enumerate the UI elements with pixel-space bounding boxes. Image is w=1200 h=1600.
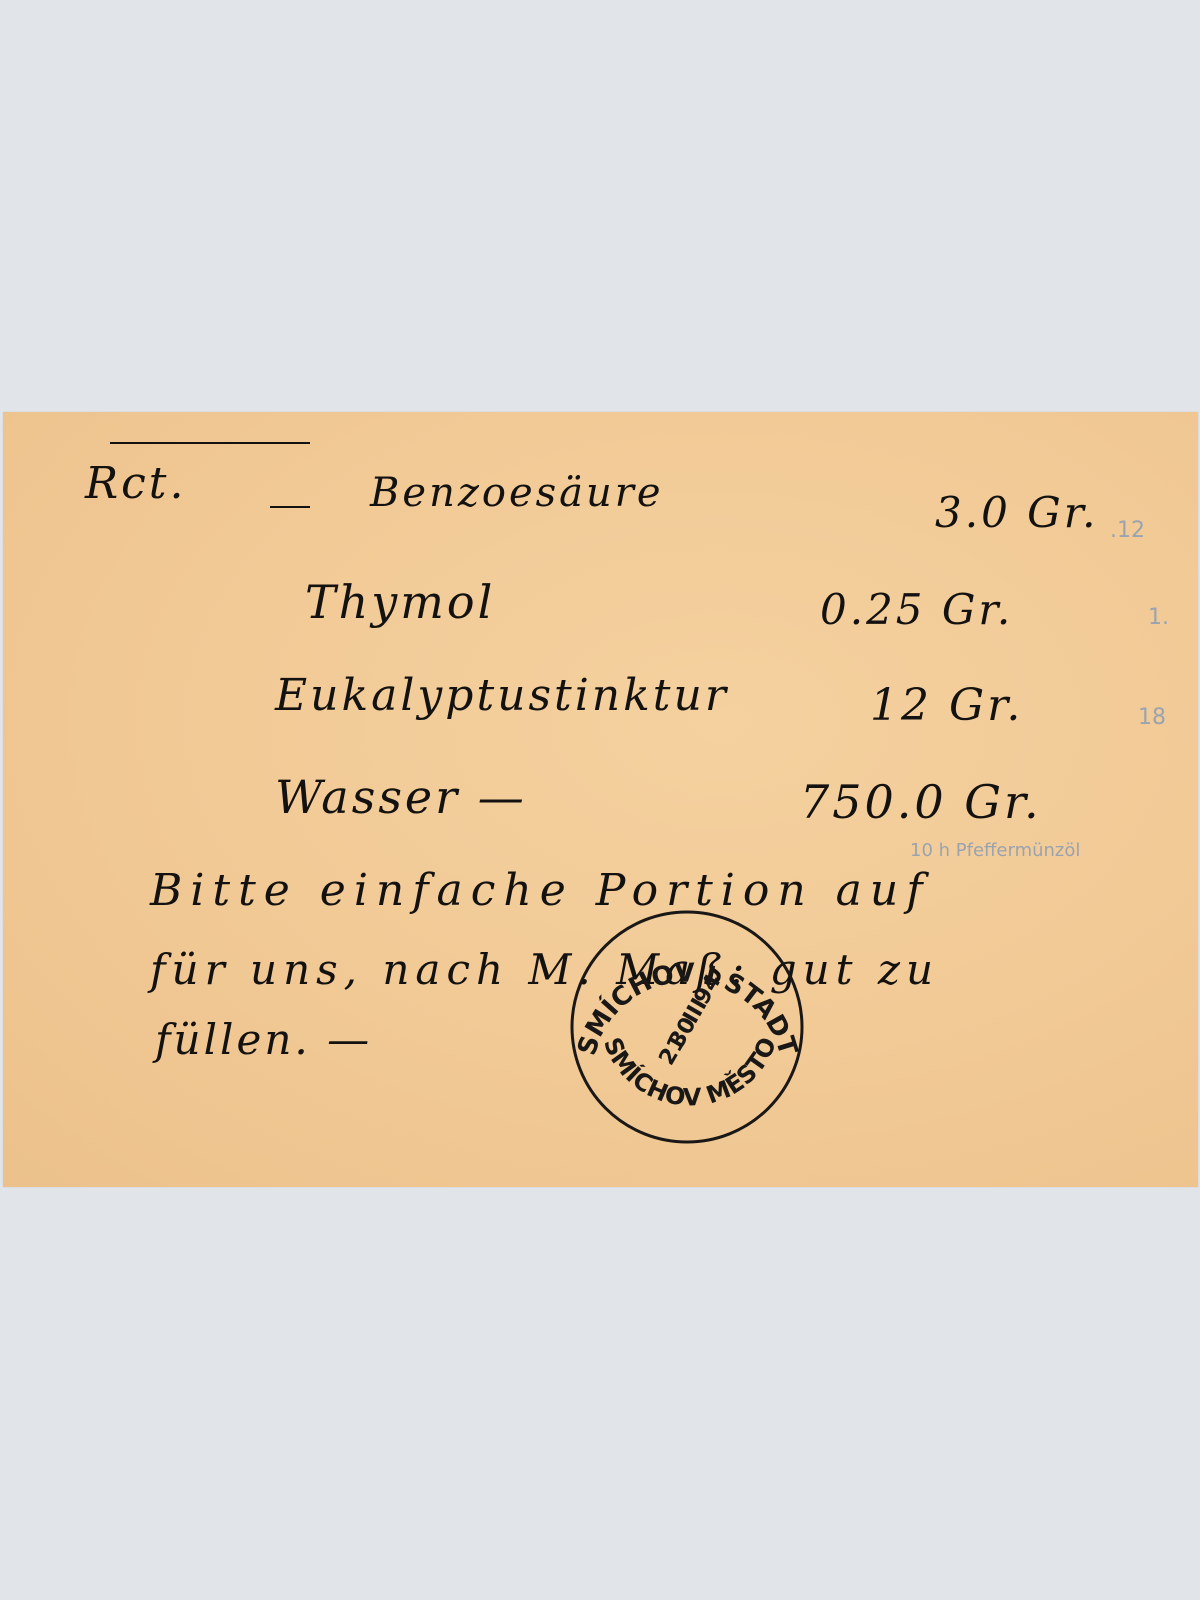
item-amount: 750.0 Gr. <box>800 775 1042 829</box>
recipe-header: Rct. <box>85 458 186 509</box>
item-amount: 12 Gr. <box>870 680 1023 731</box>
pencil-note: .12 <box>1110 518 1145 543</box>
item-amount: 3.0 Gr. <box>935 488 1099 537</box>
closing-line: füllen. — <box>155 1015 372 1064</box>
postmark-circle: SMÍCHOV I STADT SMÍCHOV MĚSTO 21 30 III … <box>565 905 810 1150</box>
closing-line: für uns, nach M. Maß: gut zu <box>150 945 939 994</box>
item-name: Thymol <box>305 575 495 629</box>
item-name: Eukalyptustinktur <box>275 670 729 721</box>
closing-line: Bitte einfache Portion auf <box>150 865 931 916</box>
item-name: Benzoesäure <box>370 470 664 516</box>
pencil-note: 18 <box>1138 705 1166 730</box>
header-dash <box>270 506 310 508</box>
item-amount: 0.25 Gr. <box>820 585 1013 634</box>
postmark-stamp: SMÍCHOV I STADT SMÍCHOV MĚSTO 21 30 III … <box>565 905 810 1150</box>
item-name: Wasser — <box>275 770 527 824</box>
header-overline <box>110 442 310 444</box>
pencil-note: 10 h Pfeffermünzöl <box>910 840 1080 861</box>
pencil-note: 1. <box>1148 605 1169 630</box>
